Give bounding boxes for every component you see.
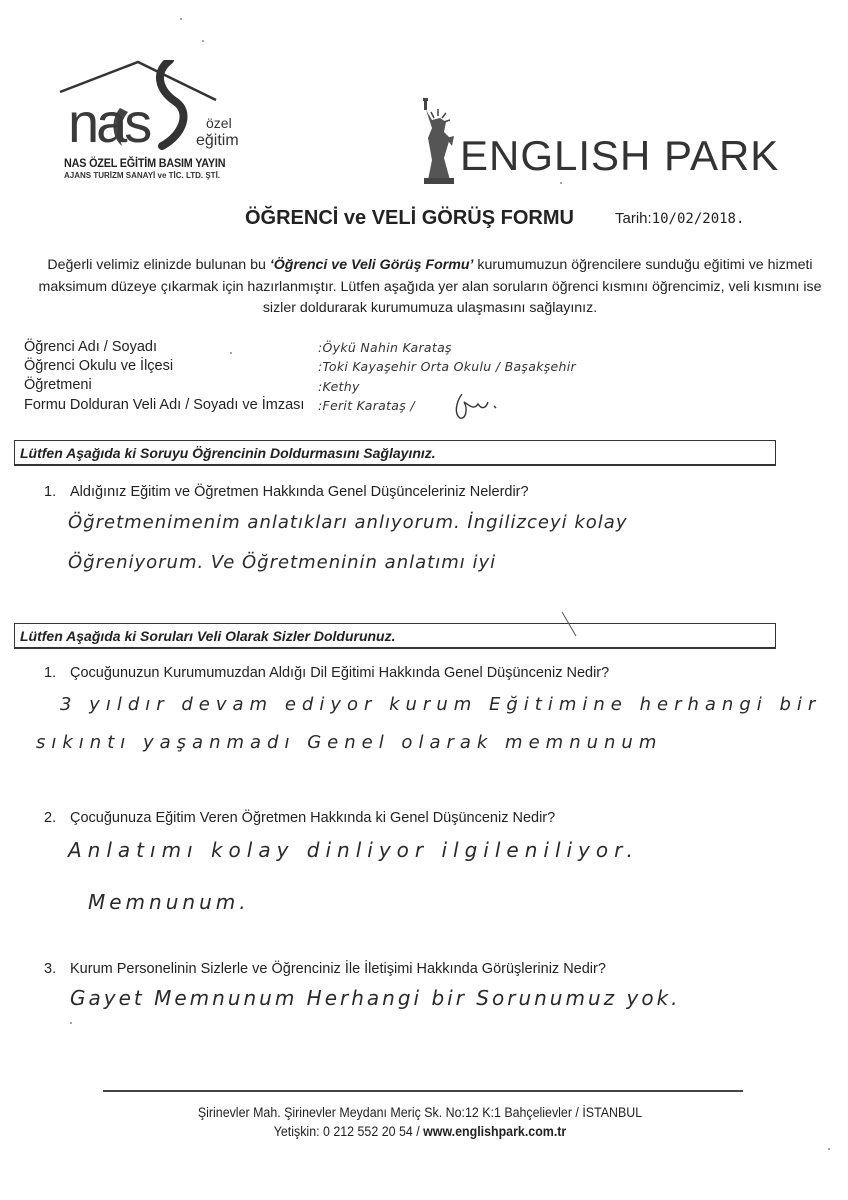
nas-egitim-text: eğitim [196,132,239,150]
question-number: 3. [44,961,70,977]
english-park-logo: ENGLISH PARK [420,98,760,188]
statue-of-liberty-icon [420,98,460,188]
parent-section-heading: Lütfen Aşağıda ki Soruları Veli Olarak S… [20,628,395,644]
question-text: Çocuğunuza Eğitim Veren Öğretmen Hakkınd… [70,810,555,826]
footer-address: Şirinevler Mah. Şirinevler Meydanı Meriç… [126,1105,715,1120]
question-number: 2. [44,810,70,826]
question-text: Kurum Personelinin Sizlerle ve Öğrencini… [70,961,606,977]
scan-speck [180,18,182,20]
footer-contact: Yetişkin: 0 212 552 20 54 / www.englishp… [126,1124,715,1139]
footer-divider [103,1090,743,1092]
parent-question-1: 1.Çocuğunuzun Kurumumuzdan Aldığı Dil Eğ… [44,665,609,681]
pen-mark [560,610,580,640]
scan-speck [202,40,204,42]
parent-question-2: 2.Çocuğunuza Eğitim Veren Öğretmen Hakkı… [44,810,555,826]
nas-logo: nas özel eğitim NAS ÖZEL EĞİTİM BASIM YA… [58,60,258,185]
nas-ozel-text: özel [206,115,232,131]
student-answer-line-1[interactable]: Öğretmenimenim anlatıkları anlıyorum. İn… [68,512,627,533]
nas-company-sub: AJANS TURİZM SANAYİ ve TİC. LTD. ŞTİ. [64,171,220,180]
teacher-label: Öğretmeni [24,377,92,393]
question-number: 1. [44,665,70,681]
intro-paragraph: Değerli velimiz elinizde bulunan bu ‘Öğr… [20,255,840,320]
date-label: Tarih: [615,210,652,227]
footer-phone: Yetişkin: 0 212 552 20 54 [274,1124,413,1139]
scan-speck [230,352,232,354]
scan-speck [70,1022,72,1024]
teacher-value[interactable]: :Kethy [318,379,360,394]
student-school-value[interactable]: :Toki Kayaşehir Orta Okulu / Başakşehir [318,359,576,374]
footer-separator: / [413,1124,423,1139]
question-text: Aldığınız Eğitim ve Öğretmen Hakkında Ge… [70,484,529,500]
scan-speck [828,1148,830,1150]
date-value: 10/02/2018. [652,211,745,227]
student-name-label: Öğrenci Adı / Soyadı [24,339,157,355]
form-title: ÖĞRENCİ ve VELİ GÖRÜŞ FORMU [245,207,574,230]
signature-icon [448,388,508,424]
student-question-1: 1.Aldığınız Eğitim ve Öğretmen Hakkında … [44,484,529,500]
student-name-value[interactable]: :Öykü Nahin Karataş [318,340,452,355]
student-answer-line-2[interactable]: Öğreniyorum. Ve Öğretmeninin anlatımı iy… [68,552,496,573]
intro-form-name: ‘Öğrenci ve Veli Görüş Formu’ [270,257,474,273]
student-section-heading-box: Lütfen Aşağıda ki Soruyu Öğrencinin Dold… [14,440,776,466]
parent-answer-2-line-2[interactable]: Memnunum. [88,890,250,914]
parent-answer-1-line-1[interactable]: 3 yıldır devam ediyor kurum Eğitimine he… [60,694,821,715]
parent-name-value[interactable]: :Ferit Karataş / [318,398,415,413]
student-section-heading: Lütfen Aşağıda ki Soruyu Öğrencinin Dold… [20,445,436,461]
footer-website-link[interactable]: www.englishpark.com.tr [423,1124,566,1139]
nas-company-name: NAS ÖZEL EĞİTİM BASIM YAYIN [64,156,225,170]
parent-answer-1-line-2[interactable]: sıkıntı yaşanmadı Genel olarak memnunum [36,732,662,753]
scan-speck [560,182,562,184]
parent-name-label: Formu Dolduran Veli Adı / Soyadı ve İmza… [24,397,304,413]
parent-answer-3-line-1[interactable]: Gayet Memnunum Herhangi bir Sorunumuz yo… [70,986,681,1010]
date-field: Tarih:10/02/2018. [615,210,744,227]
intro-text-1: Değerli velimiz elinizde bulunan bu [47,257,269,273]
student-school-label: Öğrenci Okulu ve İlçesi [24,358,173,374]
english-park-wordmark: ENGLISH PARK [460,132,779,180]
question-text: Çocuğunuzun Kurumumuzdan Aldığı Dil Eğit… [70,665,609,681]
nas-wordmark: nas [68,90,149,155]
question-number: 1. [44,484,70,500]
parent-question-3: 3.Kurum Personelinin Sizlerle ve Öğrenci… [44,961,606,977]
parent-section-heading-box: Lütfen Aşağıda ki Soruları Veli Olarak S… [14,623,776,649]
parent-answer-2-line-1[interactable]: Anlatımı kolay dinliyor ilgileniliyor. [68,838,639,862]
